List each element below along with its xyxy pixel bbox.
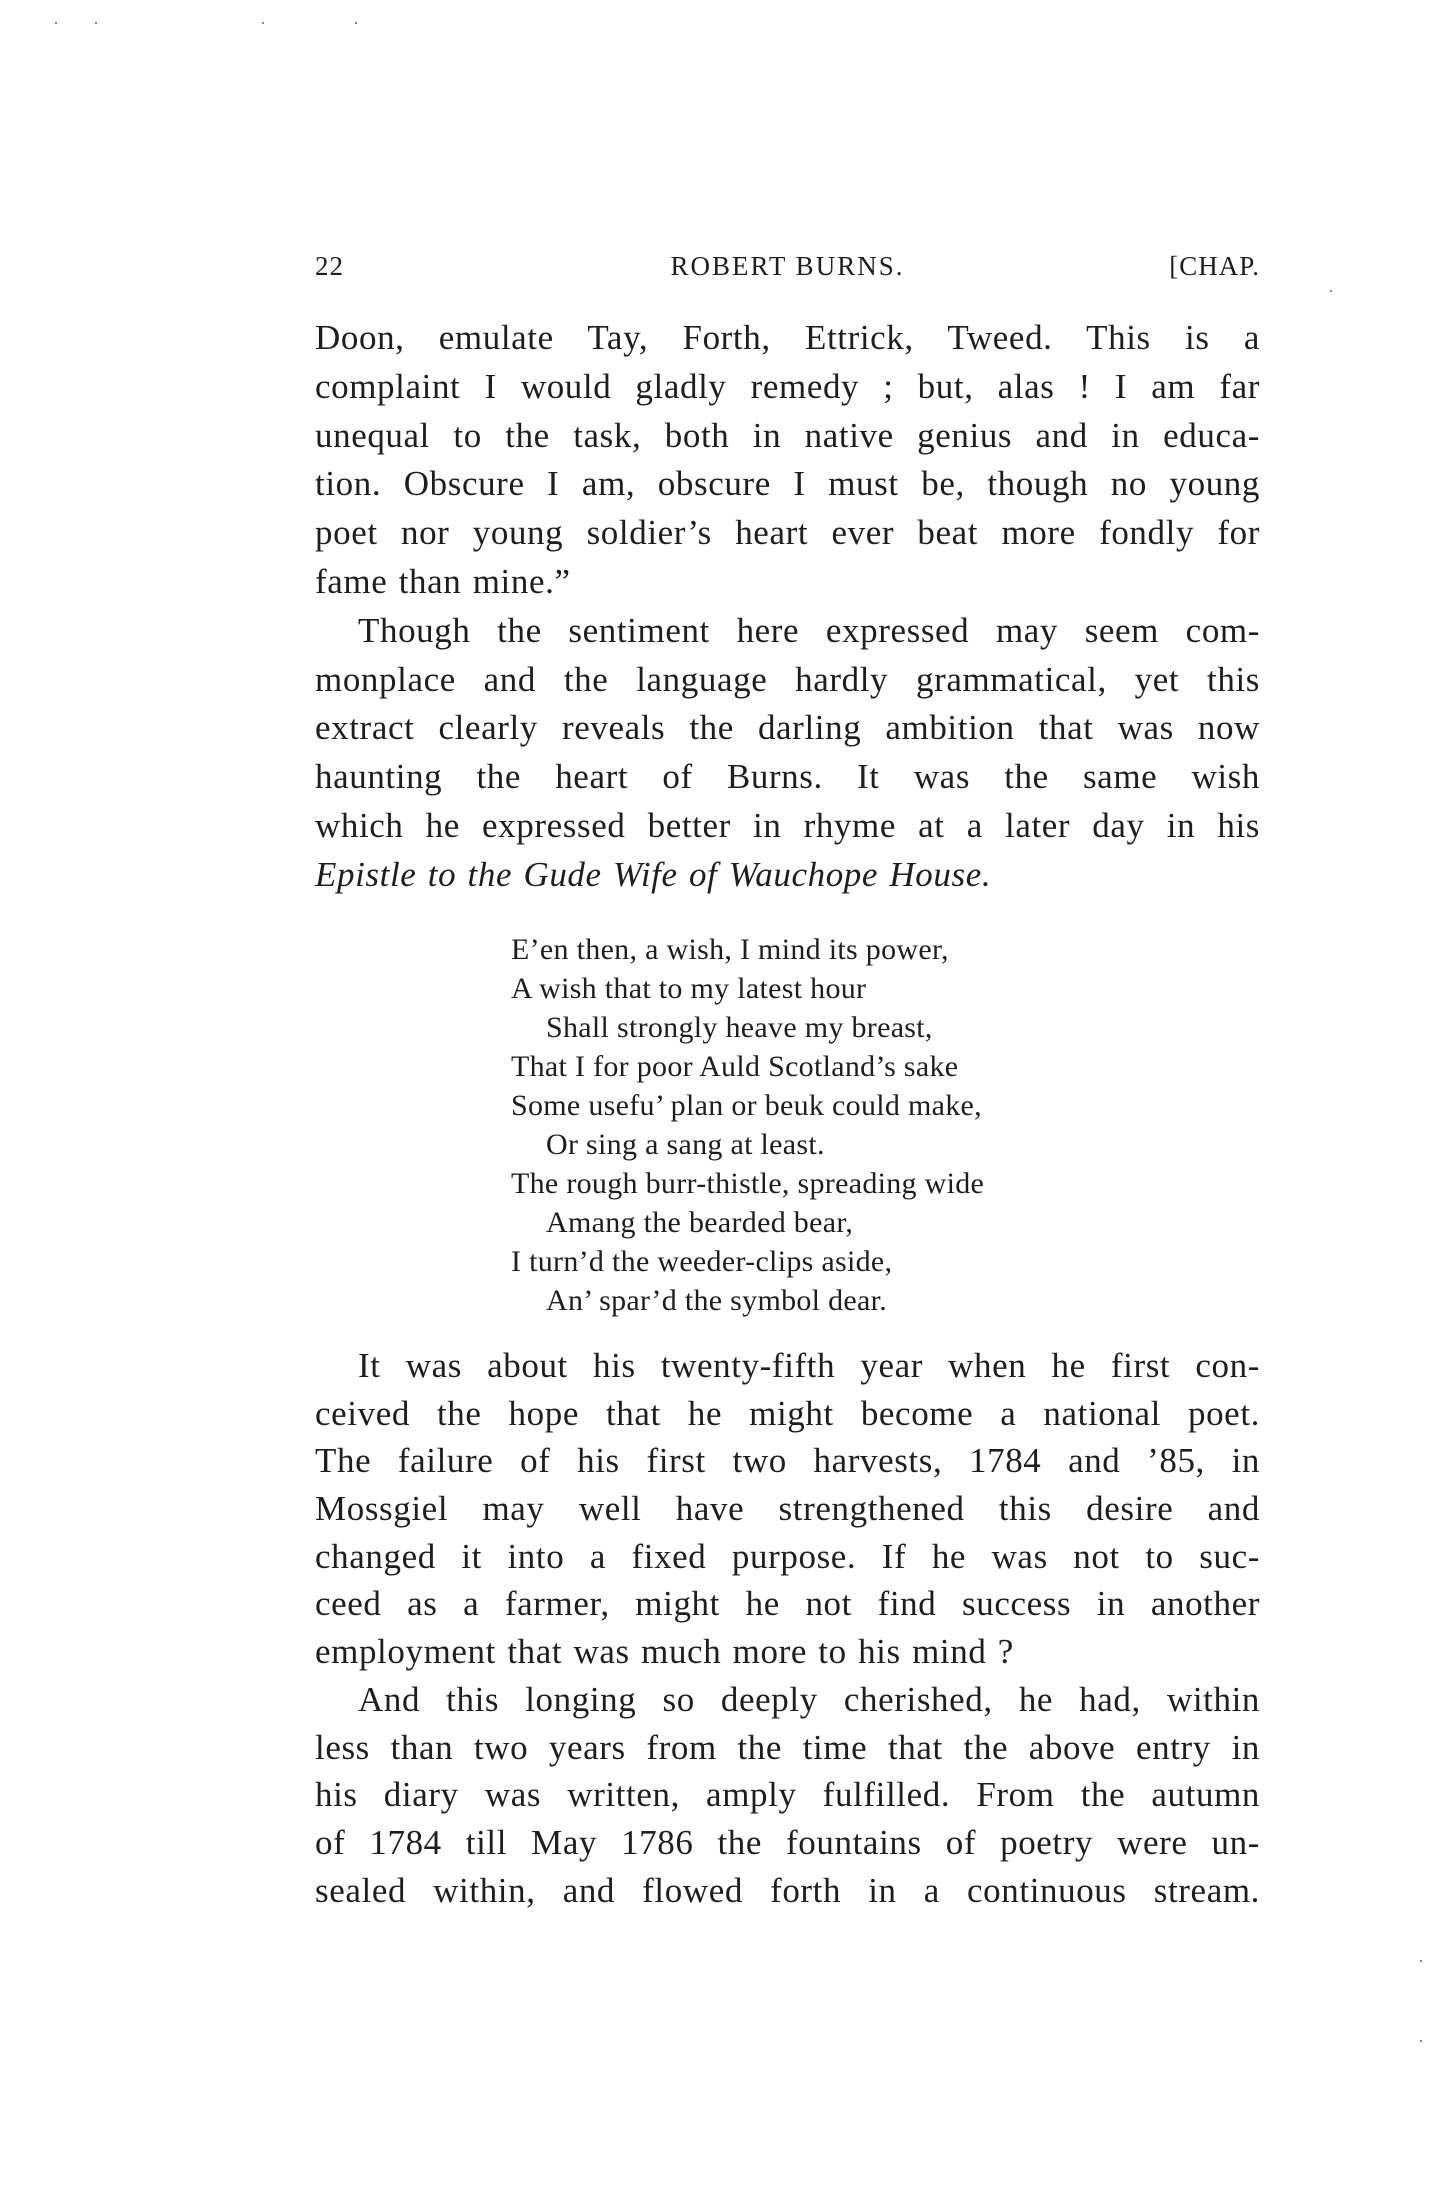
book-page: 22 ROBERT BURNS. [CHAP. Doon, emulate Ta… [0, 0, 1454, 2193]
paragraph-4: And this longing so deeply cherished, he… [315, 1676, 1260, 1914]
scan-speck [262, 22, 264, 24]
text-line: fame than mine.” [315, 558, 1260, 607]
chapter-marker: [CHAP. [1169, 246, 1260, 286]
verse-line: A wish that to my latest hour [511, 969, 1131, 1008]
text-line: extract clearly reveals the darling ambi… [315, 704, 1260, 753]
text-line: ceed as a farmer, might he not find succ… [315, 1580, 1260, 1628]
text-line: of 1784 till May 1786 the fountains of p… [315, 1819, 1260, 1867]
scan-speck [95, 22, 97, 24]
body-text-lower: It was about his twenty-fifth year when … [315, 1342, 1260, 1914]
text-line: his diary was written, amply fulfilled. … [315, 1771, 1260, 1819]
text-line: complaint I would gladly remedy ; but, a… [315, 363, 1260, 412]
verse-line: Amang the bearded bear, [511, 1203, 1131, 1242]
verse-line: An’ spar’d the symbol dear. [511, 1281, 1131, 1320]
text-line: ceived the hope that he might become a n… [315, 1390, 1260, 1438]
verse-line: I turn’d the weeder-clips aside, [511, 1242, 1131, 1281]
text-line: unequal to the task, both in native geni… [315, 412, 1260, 461]
verse-line: Shall strongly heave my breast, [511, 1008, 1131, 1047]
poem-title: Epistle to the Gude Wife of Wauchope Hou… [315, 855, 991, 894]
verse-line: The rough burr-thistle, spreading wide [511, 1164, 1131, 1203]
text-line: Though the sentiment here expressed may … [315, 607, 1260, 656]
text-line: The failure of his first two harvests, 1… [315, 1437, 1260, 1485]
body-text-upper: Doon, emulate Tay, Forth, Ettrick, Tweed… [315, 314, 1260, 900]
scan-speck [355, 22, 357, 24]
verse-line: Some usefu’ plan or beuk could make, [511, 1086, 1131, 1125]
text-line: sealed within, and flowed forth in a con… [315, 1867, 1260, 1915]
text-line: monplace and the language hardly grammat… [315, 656, 1260, 705]
text-line: less than two years from the time that t… [315, 1724, 1260, 1772]
scan-speck [1420, 1960, 1422, 1962]
text-line-italic-title: Epistle to the Gude Wife of Wauchope Hou… [315, 851, 1260, 900]
verse-line: E’en then, a wish, I mind its power, [511, 930, 1131, 969]
text-line: It was about his twenty-fifth year when … [315, 1342, 1260, 1390]
text-line: Mossgiel may well have strengthened this… [315, 1485, 1260, 1533]
running-title: ROBERT BURNS. [315, 246, 1260, 286]
text-line: employment that was much more to his min… [315, 1628, 1260, 1676]
scan-speck [1330, 290, 1332, 292]
paragraph-1: Doon, emulate Tay, Forth, Ettrick, Tweed… [315, 314, 1260, 607]
scan-speck [55, 22, 57, 24]
running-head: 22 ROBERT BURNS. [CHAP. [315, 246, 1260, 286]
poem-quotation: E’en then, a wish, I mind its power, A w… [511, 930, 1131, 1320]
text-line: And this longing so deeply cherished, he… [315, 1676, 1260, 1724]
text-line: haunting the heart of Burns. It was the … [315, 753, 1260, 802]
text-line: changed it into a fixed purpose. If he w… [315, 1533, 1260, 1581]
text-line: Doon, emulate Tay, Forth, Ettrick, Tweed… [315, 314, 1260, 363]
text-line: which he expressed better in rhyme at a … [315, 802, 1260, 851]
paragraph-2: Though the sentiment here expressed may … [315, 607, 1260, 900]
verse-line: That I for poor Auld Scotland’s sake [511, 1047, 1131, 1086]
verse-line: Or sing a sang at least. [511, 1125, 1131, 1164]
text-line: poet nor young soldier’s heart ever beat… [315, 509, 1260, 558]
scan-speck [1420, 2040, 1422, 2042]
paragraph-3: It was about his twenty-fifth year when … [315, 1342, 1260, 1676]
text-line: tion. Obscure I am, obscure I must be, t… [315, 460, 1260, 509]
